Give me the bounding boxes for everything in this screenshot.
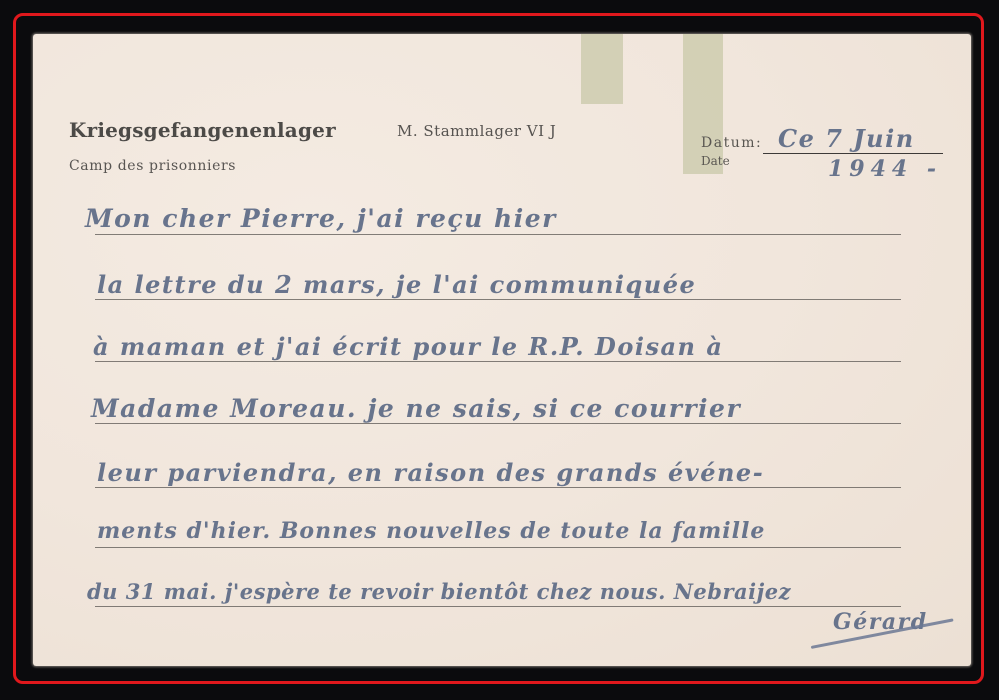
- ruled-line: [95, 606, 901, 607]
- signature: Gérard: [833, 609, 928, 635]
- camp-designation: M. Stammlager VI J: [397, 122, 556, 140]
- ruled-line: [95, 423, 901, 424]
- date-label: Date: [701, 154, 730, 168]
- postcard: Kriegsgefangenenlager Camp des prisonnie…: [33, 34, 971, 666]
- ruled-line: [95, 299, 901, 300]
- ruled-line: [95, 487, 901, 488]
- letter-line: leur parviendra, en raison des grands év…: [97, 458, 764, 487]
- camp-title: Kriegsgefangenenlager: [69, 118, 336, 142]
- ruled-line: [95, 234, 901, 235]
- date-underline: [763, 153, 943, 154]
- ruled-line: [95, 361, 901, 362]
- letter-line: Mon cher Pierre, j'ai reçu hier: [85, 204, 557, 233]
- ruled-line: [95, 547, 901, 548]
- letter-line: Madame Moreau. je ne sais, si ce courrie…: [91, 394, 741, 423]
- handwritten-date-year: 1944 -: [828, 156, 942, 182]
- letter-line: à maman et j'ai écrit pour le R.P. Doisa…: [93, 332, 723, 361]
- datum-label: Datum:: [701, 135, 762, 151]
- handwritten-date-day: Ce 7 Juin: [778, 124, 915, 153]
- letter-line: du 31 mai. j'espère te revoir bientôt ch…: [87, 579, 791, 604]
- letter-line: ments d'hier. Bonnes nouvelles de toute …: [97, 518, 765, 544]
- tape-strip: [581, 34, 623, 104]
- tape-strip: [683, 34, 723, 174]
- letter-line: la lettre du 2 mars, je l'ai communiquée: [97, 270, 696, 299]
- camp-subtitle: Camp des prisonniers: [69, 158, 236, 174]
